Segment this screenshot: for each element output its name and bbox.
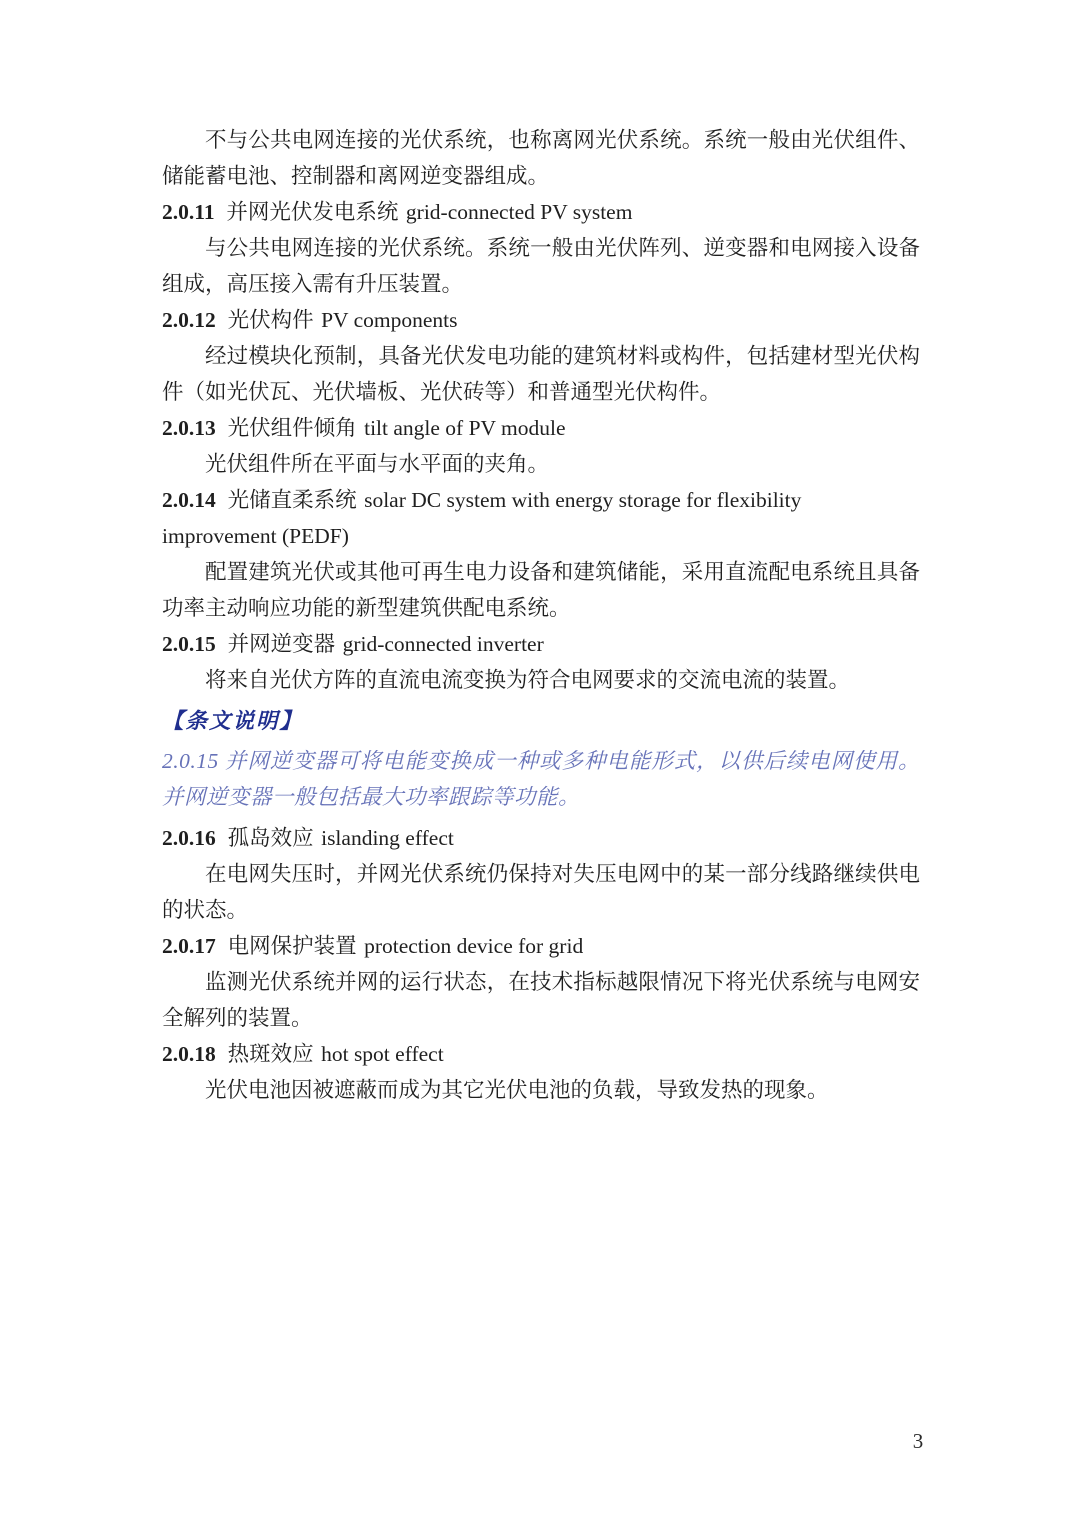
term-number: 2.0.11	[162, 200, 215, 224]
paragraph: 将来自光伏方阵的直流电流变换为符合电网要求的交流电流的装置。	[162, 662, 920, 698]
term-chinese: 电网保护装置	[228, 934, 357, 958]
document-body: 不与公共电网连接的光伏系统，也称离网光伏系统。系统一般由光伏组件、储能蓄电池、控…	[162, 122, 920, 1108]
term-chinese: 光储直柔系统	[228, 488, 357, 512]
term-heading: 2.0.18热斑效应hot spot effect	[162, 1036, 920, 1072]
term-heading: 2.0.11并网光伏发电系统grid-connected PV system	[162, 194, 920, 230]
commentary-label: 【条文说明】	[162, 703, 920, 739]
term-english: grid-connected inverter	[343, 632, 544, 656]
paragraph: 配置建筑光伏或其他可再生电力设备和建筑储能，采用直流配电系统且具备功率主动响应功…	[162, 554, 920, 626]
term-number: 2.0.18	[162, 1042, 216, 1066]
term-number: 2.0.15	[162, 632, 216, 656]
paragraph: 光伏组件所在平面与水平面的夹角。	[162, 446, 920, 482]
term-heading: 2.0.14光储直柔系统solar DC system with energy …	[162, 482, 920, 554]
term-chinese: 光伏构件	[228, 308, 314, 332]
term-heading: 2.0.16孤岛效应islanding effect	[162, 820, 920, 856]
term-heading: 2.0.17电网保护装置protection device for grid	[162, 928, 920, 964]
term-chinese: 并网逆变器	[228, 632, 336, 656]
paragraph: 与公共电网连接的光伏系统。系统一般由光伏阵列、逆变器和电网接入设备组成，高压接入…	[162, 230, 920, 302]
term-chinese: 并网光伏发电系统	[226, 200, 398, 224]
term-chinese: 热斑效应	[228, 1042, 314, 1066]
term-heading: 2.0.12光伏构件PV components	[162, 302, 920, 338]
term-heading: 2.0.15并网逆变器grid-connected inverter	[162, 626, 920, 662]
term-chinese: 光伏组件倾角	[228, 416, 357, 440]
term-number: 2.0.12	[162, 308, 216, 332]
term-heading: 2.0.13光伏组件倾角tilt angle of PV module	[162, 410, 920, 446]
commentary-text: 2.0.15 并网逆变器可将电能变换成一种或多种电能形式，以供后续电网使用。并网…	[162, 743, 920, 815]
term-english: islanding effect	[321, 826, 454, 850]
term-chinese: 孤岛效应	[228, 826, 314, 850]
paragraph: 不与公共电网连接的光伏系统，也称离网光伏系统。系统一般由光伏组件、储能蓄电池、控…	[162, 122, 920, 194]
term-number: 2.0.13	[162, 416, 216, 440]
paragraph: 经过模块化预制，具备光伏发电功能的建筑材料或构件，包括建材型光伏构件（如光伏瓦、…	[162, 338, 920, 410]
paragraph: 在电网失压时，并网光伏系统仍保持对失压电网中的某一部分线路继续供电的状态。	[162, 856, 920, 928]
term-english: protection device for grid	[364, 934, 583, 958]
term-number: 2.0.17	[162, 934, 216, 958]
term-english: hot spot effect	[321, 1042, 444, 1066]
term-english: grid-connected PV system	[406, 200, 633, 224]
paragraph: 监测光伏系统并网的运行状态，在技术指标越限情况下将光伏系统与电网安全解列的装置。	[162, 964, 920, 1036]
page-number: 3	[903, 1426, 933, 1456]
paragraph: 光伏电池因被遮蔽而成为其它光伏电池的负载，导致发热的现象。	[162, 1072, 920, 1108]
term-number: 2.0.14	[162, 488, 216, 512]
term-number: 2.0.16	[162, 826, 216, 850]
term-english: PV components	[321, 308, 457, 332]
document-page: 不与公共电网连接的光伏系统，也称离网光伏系统。系统一般由光伏组件、储能蓄电池、控…	[0, 0, 1080, 1527]
term-english: tilt angle of PV module	[364, 416, 565, 440]
